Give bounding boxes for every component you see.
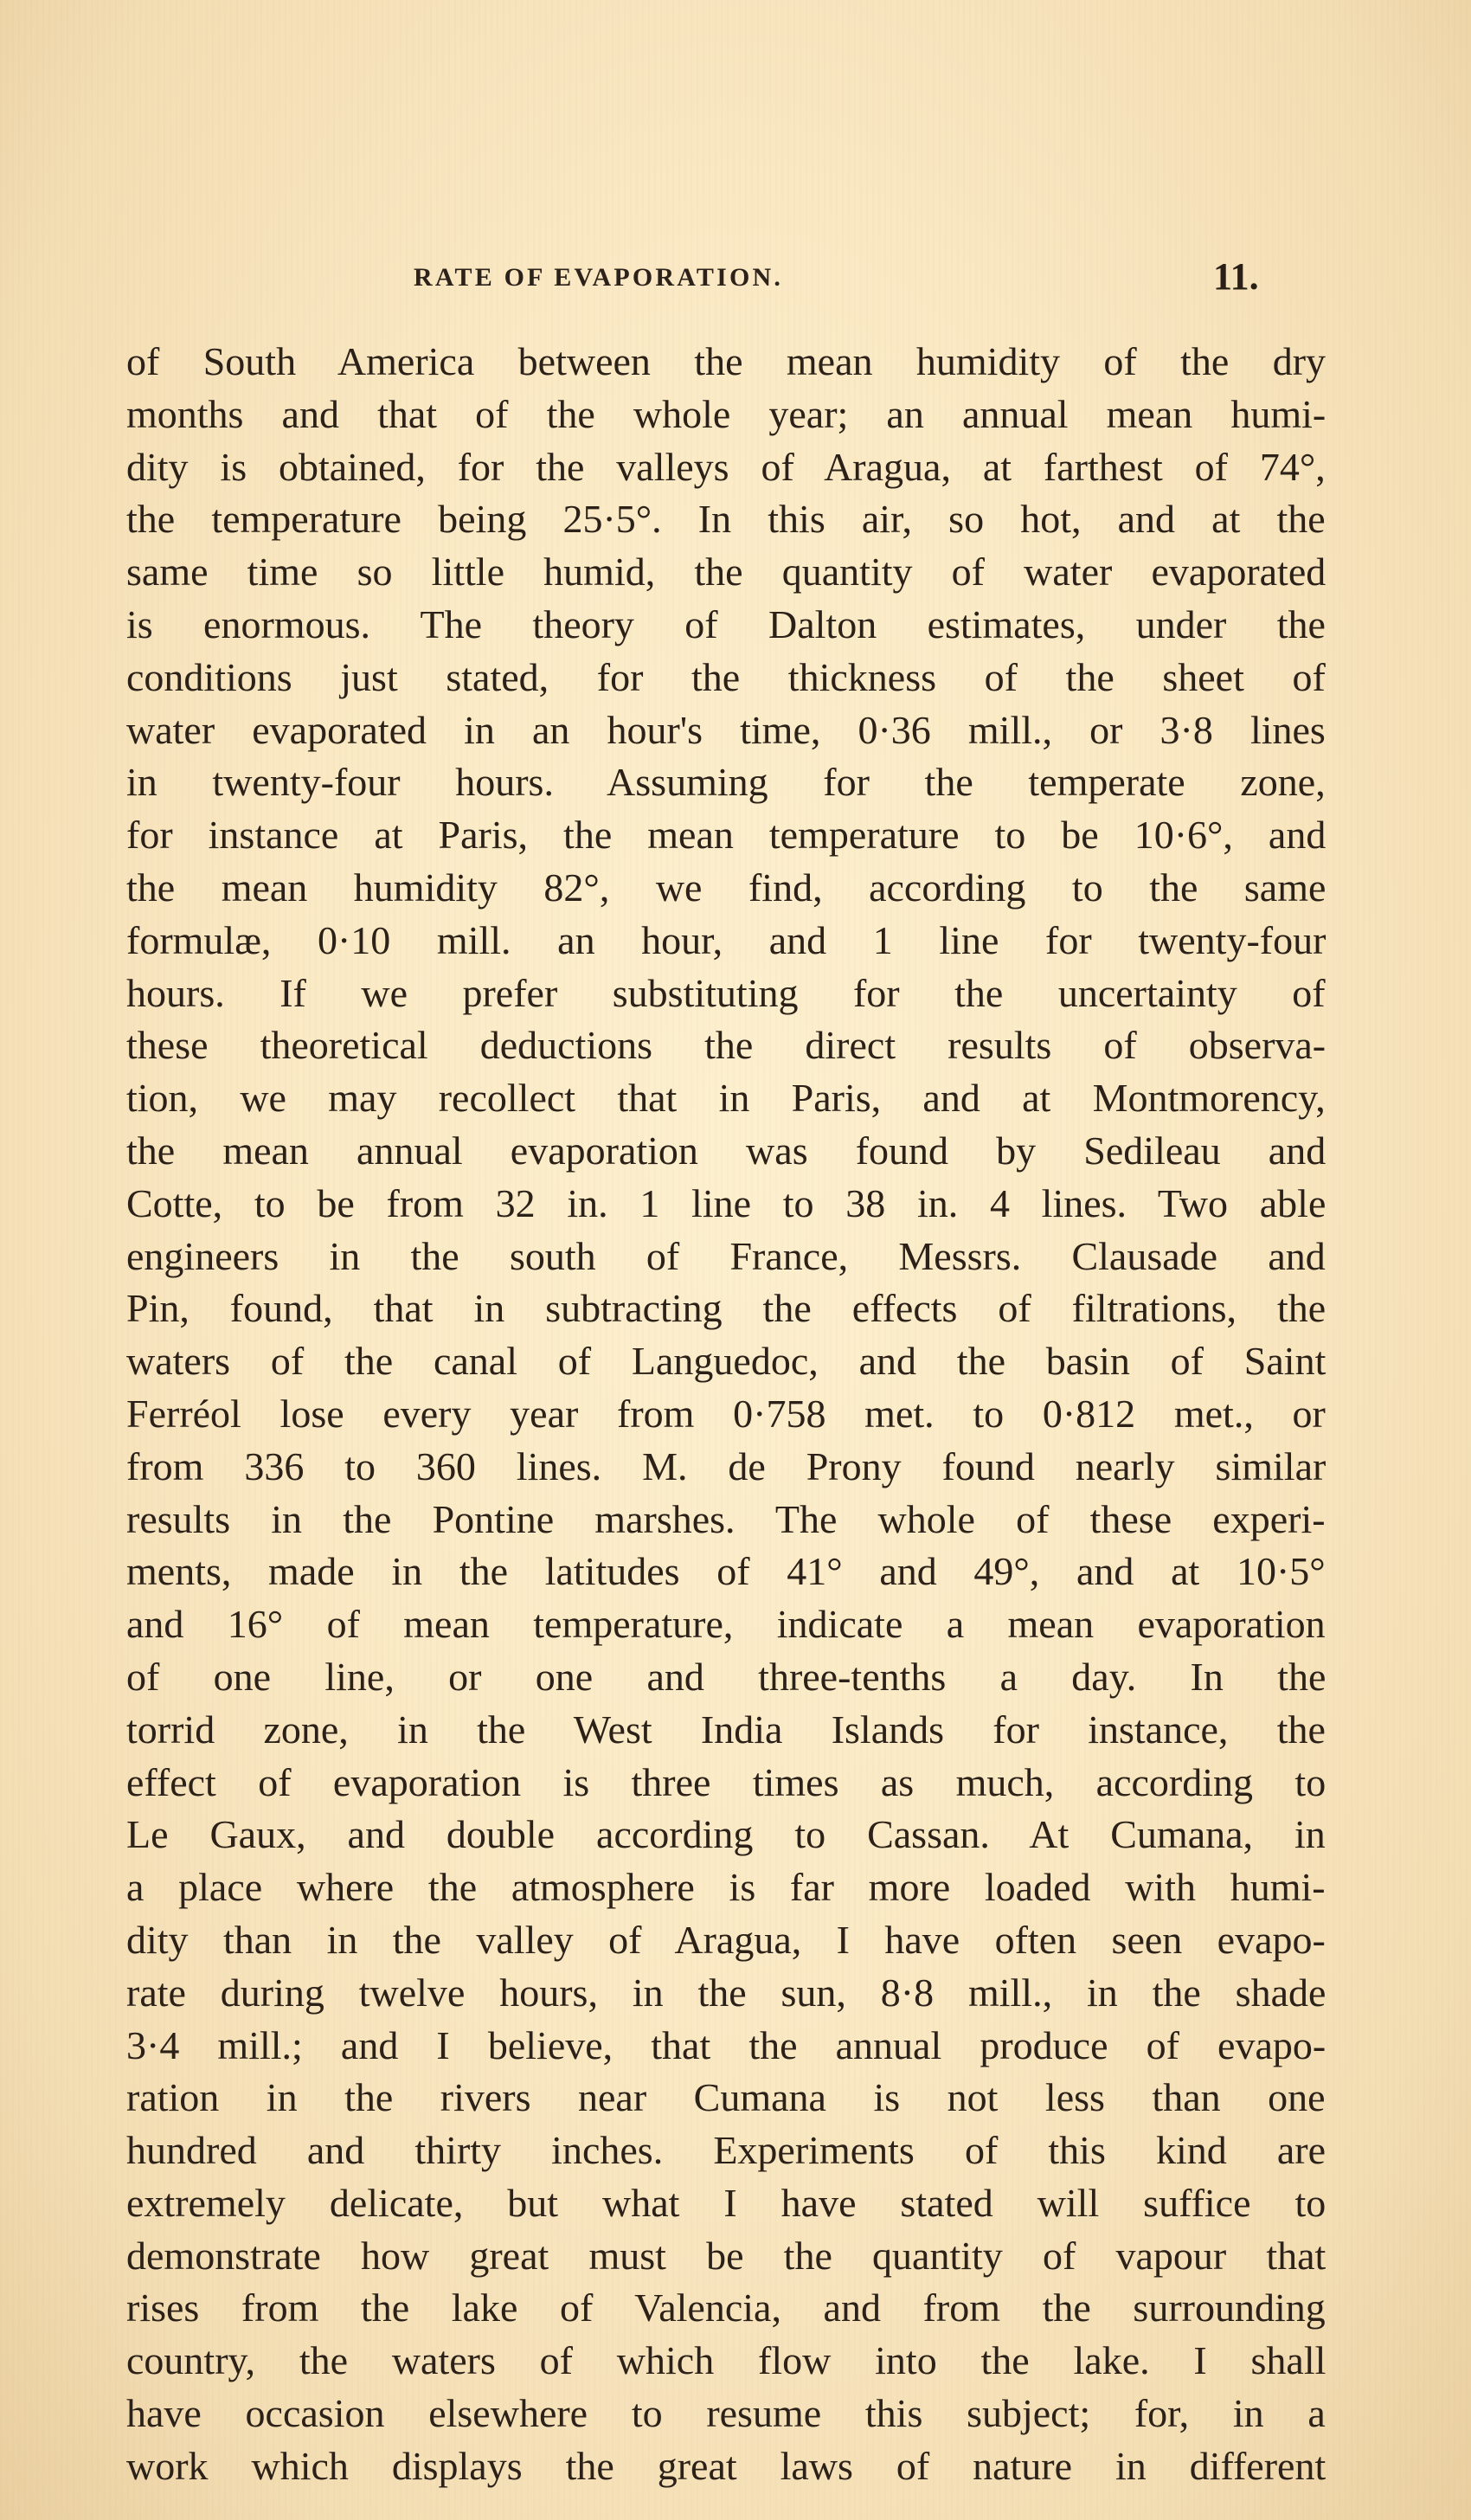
text-line: country, the waters of which flow into t… [126,2335,1326,2388]
text-line: hundred and thirty inches. Experiments o… [126,2125,1326,2177]
text-line: same time so little humid, the quantity … [126,546,1326,599]
text-line: of one line, or one and three-tenths a d… [126,1651,1326,1704]
text-line: waters of the canal of Languedoc, and th… [126,1335,1326,1388]
text-line: demonstrate how great must be the quanti… [126,2230,1326,2283]
text-line: of South America between the mean humidi… [126,336,1326,389]
text-line: 3·4 mill.; and I believe, that the annua… [126,2020,1326,2073]
text-line: these theoretical deductions the direct … [126,1019,1326,1072]
text-line: is enormous. The theory of Dalton estima… [126,599,1326,652]
text-line: for instance at Paris, the mean temperat… [126,809,1326,862]
text-line: effect of evaporation is three times as … [126,1757,1326,1810]
text-line: dity is obtained, for the valleys of Ara… [126,441,1326,494]
text-line: the temperature being 25·5°. In this air… [126,493,1326,546]
text-line: work which displays the great laws of na… [126,2440,1326,2493]
text-line: torrid zone, in the West India Islands f… [126,1704,1326,1757]
text-line: a place where the atmosphere is far more… [126,1861,1326,1914]
running-head-title: RATE OF EVAPORATION. [414,263,783,292]
body-text: of South America between the mean humidi… [126,336,1326,2493]
text-line: engineers in the south of France, Messrs… [126,1231,1326,1283]
text-line: ments, made in the latitudes of 41° and … [126,1546,1326,1598]
text-line: Le Gaux, and double according to Cassan.… [126,1809,1326,1861]
text-line: rises from the lake of Valencia, and fro… [126,2282,1326,2335]
text-line: in twenty-four hours. Assuming for the t… [126,756,1326,809]
text-line: months and that of the whole year; an an… [126,389,1326,441]
text-line: formulæ, 0·10 mill. an hour, and 1 line … [126,915,1326,967]
text-line: extremely delicate, but what I have stat… [126,2177,1326,2230]
text-line: Cotte, to be from 32 in. 1 line to 38 in… [126,1178,1326,1231]
book-page: RATE OF EVAPORATION. 11. of South Americ… [0,0,1471,2520]
page-number: 11. [1213,254,1259,299]
text-line: tion, we may recollect that in Paris, an… [126,1072,1326,1125]
text-line: rate during twelve hours, in the sun, 8·… [126,1967,1326,2020]
text-line: and 16° of mean temperature, indicate a … [126,1598,1326,1651]
text-line: have occasion elsewhere to resume this s… [126,2388,1326,2440]
running-head: RATE OF EVAPORATION. 11. [0,260,1471,303]
text-line: dity than in the valley of Aragua, I hav… [126,1914,1326,1967]
text-line: conditions just stated, for the thicknes… [126,652,1326,704]
text-line: water evaporated in an hour's time, 0·36… [126,704,1326,757]
text-line: Ferréol lose every year from 0·758 met. … [126,1388,1326,1441]
text-line: hours. If we prefer substituting for the… [126,967,1326,1020]
text-line: the mean humidity 82°, we find, accordin… [126,862,1326,915]
text-line: Pin, found, that in subtracting the effe… [126,1282,1326,1335]
text-line: ration in the rivers near Cumana is not … [126,2072,1326,2125]
text-line: results in the Pontine marshes. The whol… [126,1494,1326,1546]
text-line: from 336 to 360 lines. M. de Prony found… [126,1441,1326,1494]
text-line: the mean annual evaporation was found by… [126,1125,1326,1178]
